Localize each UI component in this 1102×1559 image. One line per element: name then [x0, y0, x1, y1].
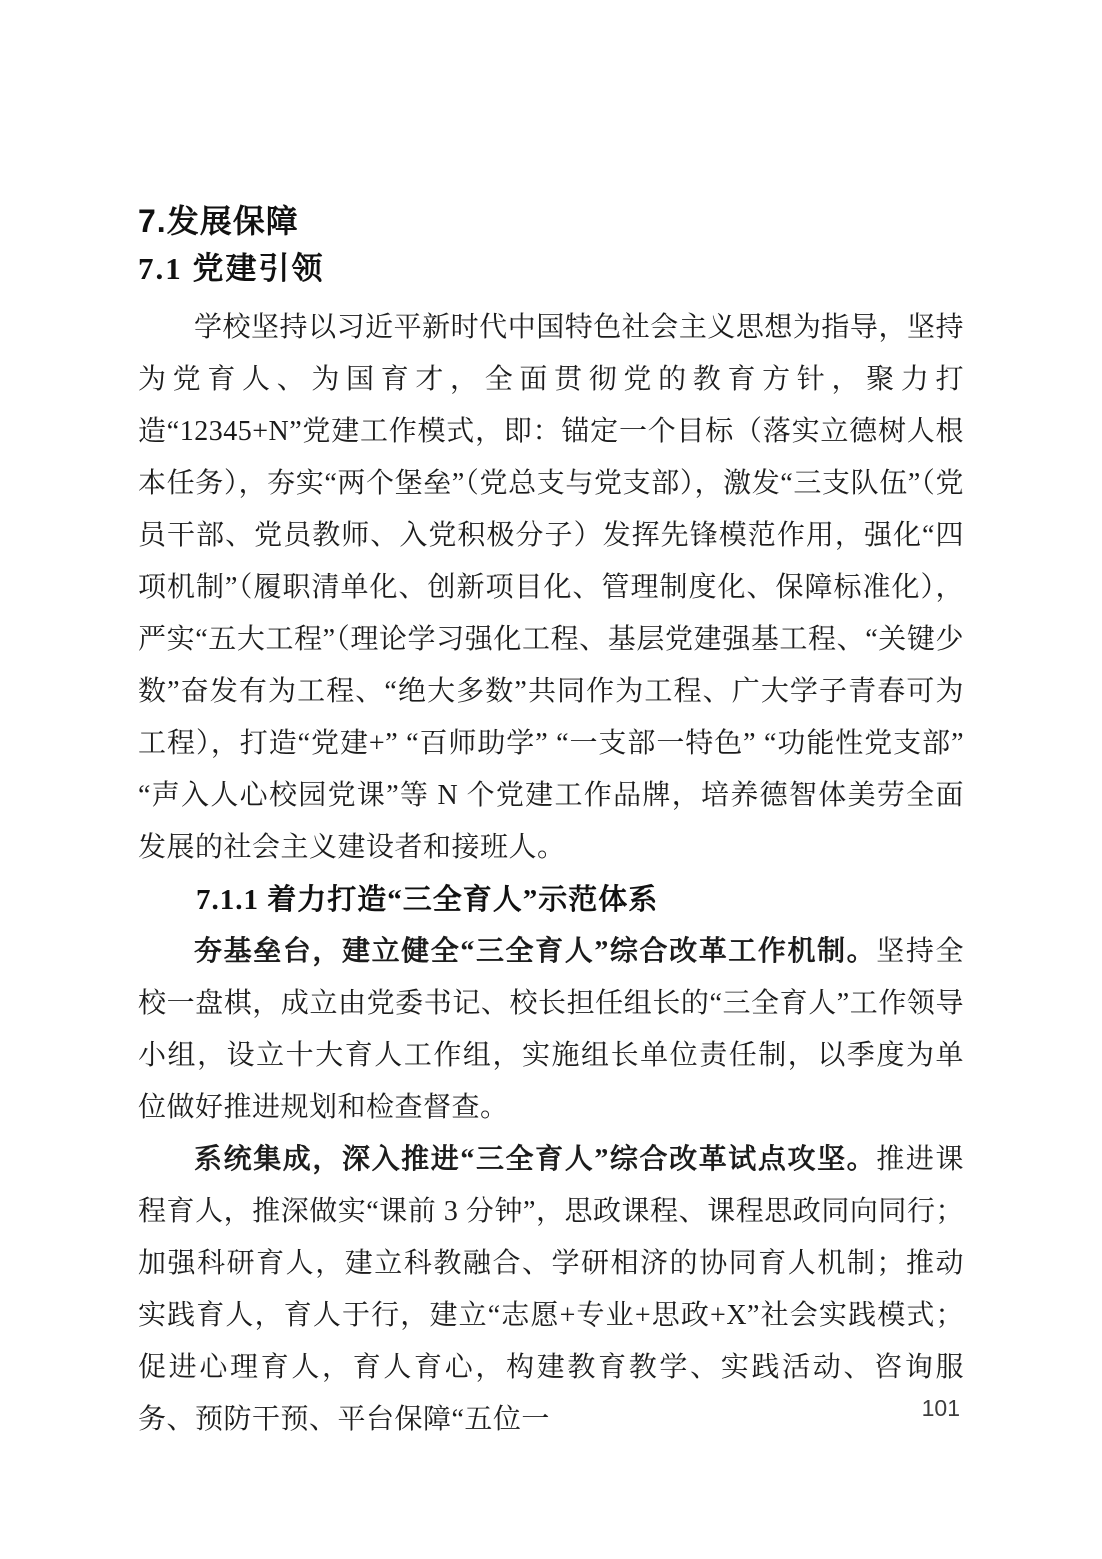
paragraph-reform-mechanism-lead: 夯基垒台，建立健全“三全育人”综合改革工作机制。 [194, 936, 876, 967]
document-page: 7.发展保障 7.1 党建引领 学校坚持以习近平新时代中国特色社会主义思想为指导… [0, 0, 1102, 1559]
paragraph-reform-mechanism: 夯基垒台，建立健全“三全育人”综合改革工作机制。坚持全校一盘棋，成立由党委书记、… [138, 926, 964, 1134]
paragraph-party-building-overview: 学校坚持以习近平新时代中国特色社会主义思想为指导，坚持为党育人、为国育才，全面贯… [138, 302, 964, 874]
paragraph-system-integration-body: 推进课程育人，推深做实“课前 3 分钟”，思政课程、课程思政同向同行；加强科研育… [138, 1144, 964, 1435]
document-content: 7.发展保障 7.1 党建引领 学校坚持以习近平新时代中国特色社会主义思想为指导… [138, 198, 964, 1446]
section-heading: 7.发展保障 [138, 198, 964, 244]
page-number: 101 [922, 1394, 960, 1422]
paragraph-system-integration: 系统集成，深入推进“三全育人”综合改革试点攻坚。推进课程育人，推深做实“课前 3… [138, 1134, 964, 1446]
subsection-heading: 7.1 党建引领 [138, 244, 964, 294]
paragraph-system-integration-lead: 系统集成，深入推进“三全育人”综合改革试点攻坚。 [194, 1144, 876, 1175]
subsubsection-heading-711: 7.1.1 着力打造“三全育人”示范体系 [138, 874, 964, 926]
